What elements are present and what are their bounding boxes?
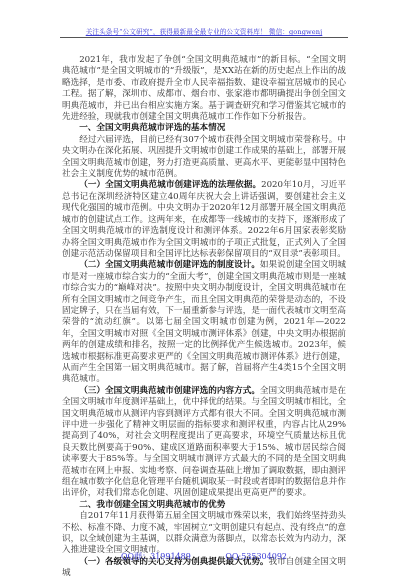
page-footer: QQ群：31991489 QQ:535304092 — [0, 551, 408, 562]
subsection-2-title: （二）全国文明典范城市创建评选的制度设计。 — [79, 260, 260, 270]
qq-text: QQ:535304092 — [225, 552, 287, 561]
document-body: 2021年，我市发起了争创“全国文明典范城市”的新目标。“全国文明典范城市”是全… — [62, 55, 346, 580]
section-heading-2: 二、我市创建全国文明典范城市的优势 — [62, 500, 346, 511]
subsection-2-body: 如果说创建全国文明城市是对一座城市综合实力的“全面大考”，创建全国文明典范城市则… — [62, 260, 346, 384]
subsection-1: （一）全国文明典范城市创建评选的法理依据。2020年10月，习近平总书记在深圳经… — [62, 180, 346, 260]
section-heading-1: 一、全国文明典范城市评选的基本情况 — [62, 123, 346, 134]
subsection-3-body: 全国文明典范城市是在全国文明城市年度测评基础上，优中择优的结果。与全国文明城市相… — [62, 386, 346, 499]
header-promo-text: 关注头条号“公文研究”，获得最新最全最专业的公文资料库！ 微信：gongwenj — [86, 28, 323, 36]
section-1-paragraph: 经过六届评选，目前已经有307个城市获得全国文明城市荣誉称号。中央文明办在深化拓… — [62, 135, 346, 181]
subsection-1-body: 2020年10月，习近平总书记在深圳经济特区建立40周年庆祝大会上讲话强调，要创… — [62, 180, 346, 258]
intro-paragraph: 2021年，我市发起了争创“全国文明典范城市”的新目标。“全国文明典范城市”是全… — [62, 55, 346, 123]
subsection-2: （二）全国文明典范城市创建评选的制度设计。如果说创建全国文明城市是对一座城市综合… — [62, 260, 346, 385]
subsection-1-title: （一）全国文明典范城市创建评选的法理依据。 — [79, 180, 261, 190]
page-header-banner: 关注头条号“公文研究”，获得最新最全最专业的公文资料库！ 微信：gongwenj — [60, 26, 348, 38]
subsection-3: （三）全国文明典范城市创建评选的内容方式。全国文明典范城市是在全国文明城市年度测… — [62, 386, 346, 500]
subsection-3-title: （三）全国文明典范城市创建评选的内容方式。 — [79, 386, 260, 396]
qq-group-text: QQ群：31991489 — [121, 552, 191, 561]
